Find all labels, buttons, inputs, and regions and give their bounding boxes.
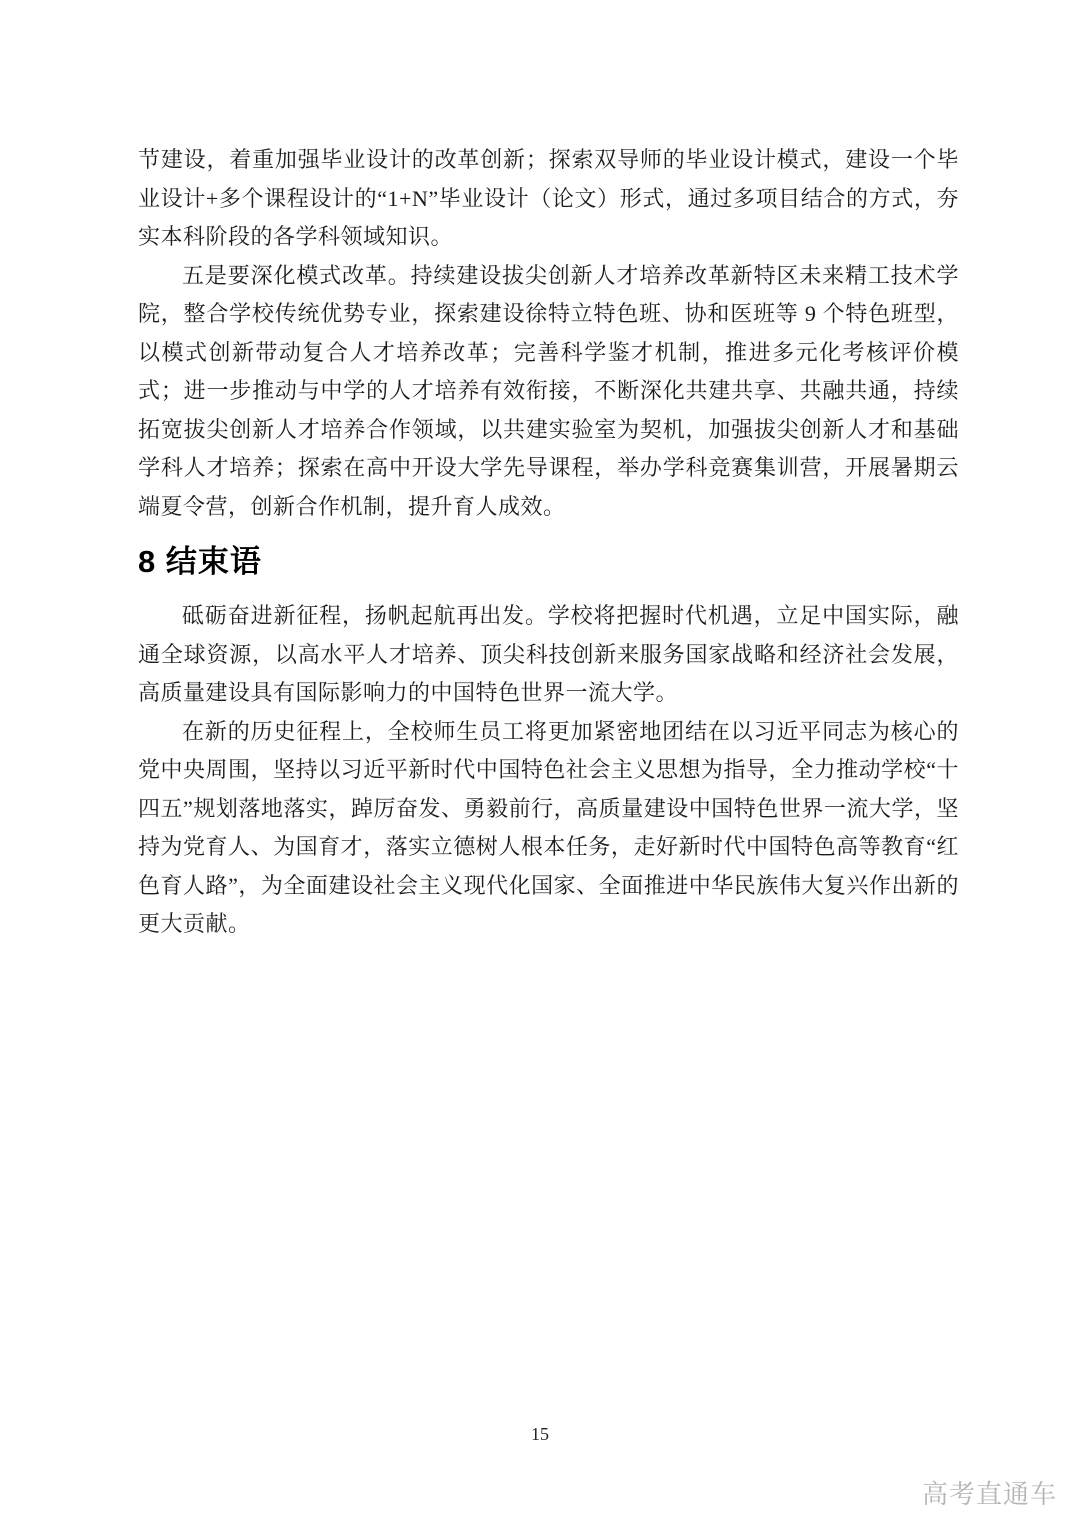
paragraph: 在新的历史征程上，全校师生员工将更加紧密地团结在以习近平同志为核心的党中央周围，… bbox=[138, 713, 959, 944]
paragraph: 砥砺奋进新征程，扬帆起航再出发。学校将把握时代机遇，立足中国实际，融通全球资源，… bbox=[138, 597, 959, 713]
document-page: 节建设，着重加强毕业设计的改革创新；探索双导师的毕业设计模式，建设一个毕业设计+… bbox=[0, 0, 1080, 1527]
paragraph: 五是要深化模式改革。持续建设拔尖创新人才培养改革新特区未来精工技术学院，整合学校… bbox=[138, 257, 959, 527]
page-number: 15 bbox=[0, 1424, 1080, 1445]
text-content: 节建设，着重加强毕业设计的改革创新；探索双导师的毕业设计模式，建设一个毕业设计+… bbox=[138, 141, 959, 944]
section-heading: 8 结束语 bbox=[138, 540, 959, 584]
paragraph-continuation: 节建设，着重加强毕业设计的改革创新；探索双导师的毕业设计模式，建设一个毕业设计+… bbox=[138, 141, 959, 257]
watermark: 高考直通车 bbox=[922, 1474, 1057, 1511]
